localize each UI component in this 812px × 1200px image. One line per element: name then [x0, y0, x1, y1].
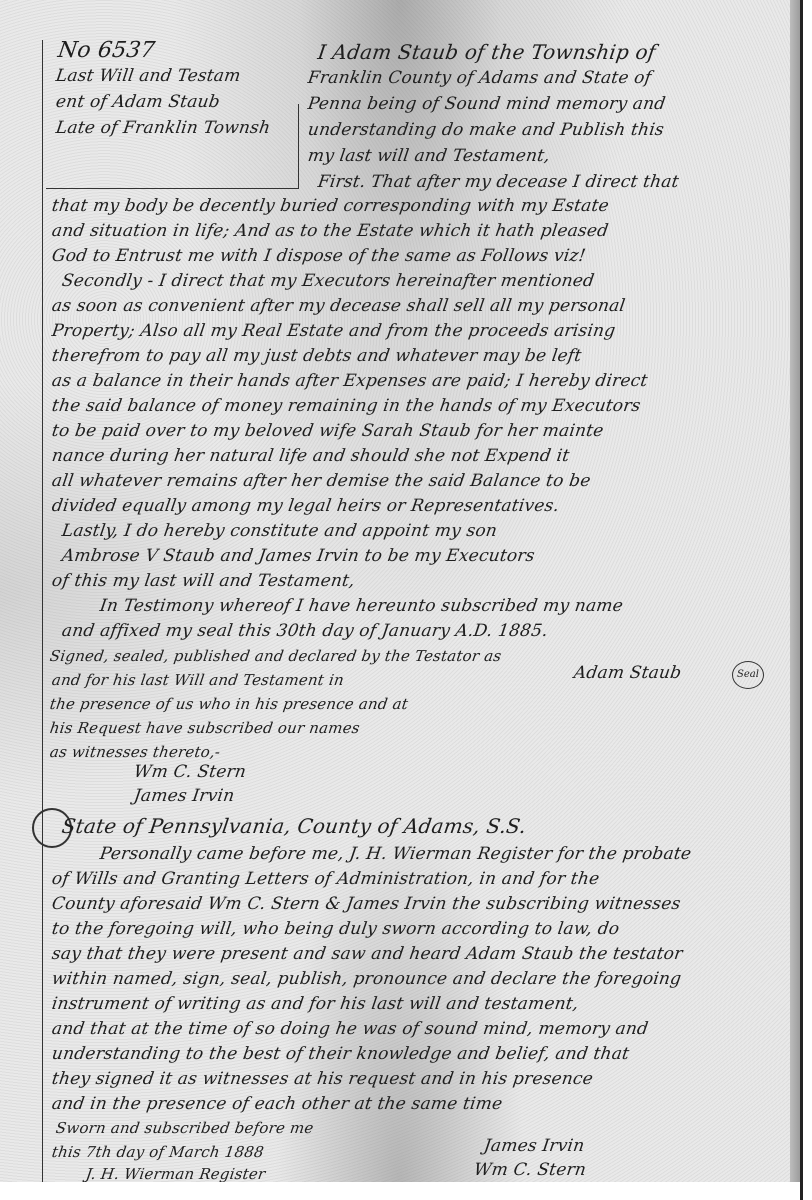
witness-signature: Wm C. Stern — [133, 762, 248, 782]
will-line: the said balance of money remaining in t… — [50, 394, 642, 418]
will-line: Ambrose V Staub and James Irvin to be my… — [60, 544, 536, 568]
will-line: as a balance in their hands after Expens… — [50, 369, 649, 393]
probate-line: and in the presence of each other at the… — [50, 1092, 504, 1116]
probate-line: of Wills and Granting Letters of Adminis… — [50, 867, 601, 891]
probate-line: to the foregoing will, who being duly sw… — [50, 917, 621, 941]
seal-mark: Seal — [732, 661, 764, 689]
will-line: nance during her natural life and should… — [50, 444, 571, 468]
docket-number: No 6537 — [56, 38, 156, 63]
probate-line: County aforesaid Wm C. Stern & James Irv… — [50, 892, 682, 916]
docket-title-line-3: Late of Franklin Townsh — [54, 116, 272, 140]
probate-heading: State of Pennsylvania, County of Adams, … — [60, 814, 528, 838]
jurat-line: this 7th day of March 1888 — [50, 1140, 265, 1164]
will-line: and situation in life; And as to the Est… — [50, 219, 610, 243]
will-line: therefrom to pay all my just debts and w… — [50, 344, 583, 368]
scan-border — [800, 0, 812, 1200]
will-line: understanding do make and Publish this — [306, 118, 665, 142]
probate-line: within named, sign, seal, publish, prono… — [50, 967, 683, 991]
will-line: all whatever remains after her demise th… — [50, 469, 592, 493]
testator-signature: Adam Staub — [573, 663, 683, 683]
will-line: Penna being of Sound mind memory and — [306, 92, 667, 116]
will-line: Property; Also all my Real Estate and fr… — [50, 319, 617, 343]
probate-witness-signature: James Irvin — [483, 1136, 586, 1156]
docket-title-line-1: Last Will and Testam — [54, 64, 242, 88]
will-line: Lastly, I do hereby constitute and appoi… — [60, 519, 498, 543]
will-line: I Adam Staub of the Township of — [316, 40, 657, 64]
will-line: of this my last will and Testament, — [50, 569, 356, 593]
probate-line: and that at the time of so doing he was … — [50, 1017, 650, 1041]
probate-witness-signature: Wm C. Stern — [473, 1160, 588, 1180]
attestation-line: Signed, sealed, published and declared b… — [48, 644, 503, 668]
attestation-line: his Request have subscribed our names — [48, 716, 361, 740]
will-line: In Testimony whereof I have hereunto sub… — [98, 594, 624, 618]
attestation-line: and for his last Will and Testament in — [50, 668, 345, 692]
will-line: to be paid over to my beloved wife Sarah… — [50, 419, 605, 443]
probate-line: instrument of writing as and for his las… — [50, 992, 580, 1016]
register-signature: J. H. Wierman Register — [84, 1162, 267, 1182]
attestation-line: as witnesses thereto,- — [48, 740, 222, 764]
will-line: that my body be decently buried correspo… — [50, 194, 610, 218]
probate-line: understanding to the best of their knowl… — [50, 1042, 631, 1066]
will-line: as soon as convenient after my decease s… — [50, 294, 627, 318]
left-margin-rule — [42, 40, 43, 1182]
probate-line: say that they were present and saw and h… — [50, 942, 684, 966]
probate-line: Personally came before me, J. H. Wierman… — [98, 842, 693, 866]
jurat-line: Sworn and subscribed before me — [54, 1116, 315, 1140]
will-line: and affixed my seal this 30th day of Jan… — [60, 619, 549, 643]
will-line: my last will and Testament, — [306, 144, 551, 168]
scanned-document-page: No 6537 Last Will and Testam ent of Adam… — [0, 0, 800, 1182]
docket-title-line-2: ent of Adam Staub — [54, 90, 221, 114]
attestation-line: the presence of us who in his presence a… — [48, 692, 409, 716]
page-edge-shadow — [790, 0, 800, 1182]
will-line: First. That after my decease I direct th… — [316, 170, 680, 194]
probate-line: they signed it as witnesses at his reque… — [50, 1067, 594, 1091]
will-line: Secondly - I direct that my Executors he… — [60, 269, 596, 293]
will-line: divided equally among my legal heirs or … — [50, 494, 560, 518]
will-line: Franklin County of Adams and State of — [306, 66, 653, 90]
will-line: God to Entrust me with I dispose of the … — [50, 244, 587, 268]
witness-signature: James Irvin — [133, 786, 236, 806]
